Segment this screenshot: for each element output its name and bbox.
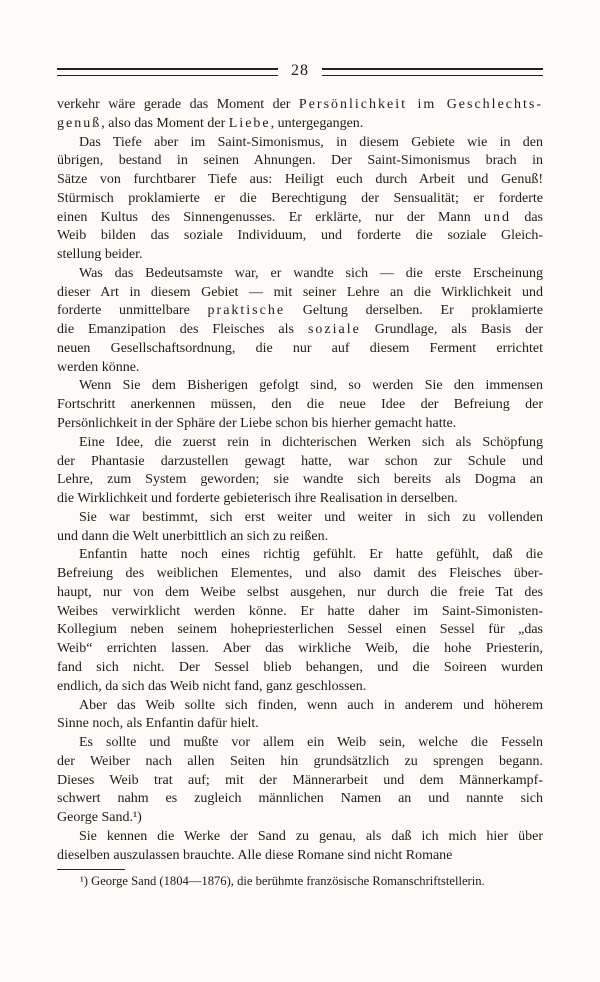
emphasized-text: praktische (208, 303, 286, 318)
text-segment: das (511, 210, 543, 225)
emphasized-text: genuß (57, 116, 101, 131)
text-segment: , also das Moment der (101, 116, 229, 131)
text-segment: Fortschritt anerkennen müssen, den die n… (57, 397, 543, 412)
text-segment: werden könne. (57, 360, 139, 375)
text-segment: Sinne noch, als Enfantin dafür hielt. (57, 716, 259, 731)
text-segment: Was das Bedeutsamste war, er wandte sich… (79, 266, 543, 281)
emphasized-text: und (484, 210, 511, 225)
text-segment: Grundlage, als Basis der (361, 322, 543, 337)
text-line: Sinne noch, als Enfantin dafür hielt. (57, 715, 543, 734)
text-line: Eine Idee, die zuerst rein in dichterisc… (57, 434, 543, 453)
text-segment: und dann die Welt unerbittlich an sich z… (57, 529, 328, 544)
text-segment: Persönlichkeit in der Sphäre der Liebe s… (57, 416, 456, 431)
text-line: einen Kultus des Sinnengenusses. Er erkl… (57, 209, 543, 228)
text-segment: der Phantasie darzustellen gewagt hatte,… (57, 454, 543, 469)
emphasized-text: Liebe (229, 116, 271, 131)
text-segment: endlich, da sich das Weib nicht fand, ga… (57, 679, 366, 694)
text-line: der Weiber nach allen Seiten hin grundsä… (57, 753, 543, 772)
text-line: Sie war bestimmt, sich erst weiter und w… (57, 509, 543, 528)
text-line: Sätze von furchtbarer Tiefe aus: Heiligt… (57, 171, 543, 190)
text-segment: fand sich nicht. Der Sessel blieb behang… (57, 660, 543, 675)
text-segment: Enfantin hatte noch eines richtig gefühl… (79, 547, 543, 562)
text-block: verkehr wäre gerade das Moment der Persö… (57, 96, 543, 865)
text-segment: haupt, nur von dem Weibe selbst ausgehen… (57, 585, 543, 600)
text-segment: neuen Gesellschaftsordnung, die nur auf … (57, 341, 543, 356)
text-segment: Das Tiefe aber im Saint-Simonismus, in d… (79, 135, 543, 150)
text-line: schwert nahm es zugleich männlichen Name… (57, 790, 543, 809)
text-line: endlich, da sich das Weib nicht fand, ga… (57, 678, 543, 697)
emphasized-text: Persönlichkeit im Geschlechts- (299, 97, 543, 112)
text-line: forderte unmittelbare praktische Geltung… (57, 302, 543, 321)
text-line: Weibes verwirklicht werden könne. Er hat… (57, 603, 543, 622)
text-line: Lehre, zum System geworden; sie wandte s… (57, 471, 543, 490)
text-segment: dieser Art in diesem Gebiet — mit seiner… (57, 285, 543, 300)
page-number: 28 (278, 62, 322, 80)
text-line: stellung beider. (57, 246, 543, 265)
text-line: Wenn Sie dem Bisherigen gefolgt sind, so… (57, 377, 543, 396)
text-segment: Es sollte und mußte vor allem ein Weib s… (79, 735, 543, 750)
text-segment: einen Kultus des Sinnengenusses. Er erkl… (57, 210, 484, 225)
header-rule-left (57, 68, 278, 76)
text-segment: Sätze von furchtbarer Tiefe aus: Heiligt… (57, 172, 543, 187)
text-segment: dieselben auszulassen brauchte. Alle die… (57, 848, 452, 863)
header-rule-right (322, 68, 543, 76)
text-line: und dann die Welt unerbittlich an sich z… (57, 528, 543, 547)
text-segment: übrigen, bestand in seinen Ahnungen. Der… (57, 153, 543, 168)
text-line: haupt, nur von dem Weibe selbst ausgehen… (57, 584, 543, 603)
text-segment: die Wirklichkeit und forderte gebieteris… (57, 491, 458, 506)
text-line: Weib“ errichten lassen. Aber das wirklic… (57, 640, 543, 659)
text-segment: Geltung derselben. Er proklamierte (285, 303, 543, 318)
footnote-text: ¹) George Sand (1804—1876), die berühmte… (57, 873, 543, 889)
text-line: Fortschritt anerkennen müssen, den die n… (57, 396, 543, 415)
page-header: 28 (57, 63, 543, 81)
text-line: die Wirklichkeit und forderte gebieteris… (57, 490, 543, 509)
text-line: dieser Art in diesem Gebiet — mit seiner… (57, 284, 543, 303)
text-segment: Kollegium neben seinem hohepriesterliche… (57, 622, 543, 637)
text-segment: stellung beider. (57, 247, 143, 262)
footnote-area: ¹) George Sand (1804—1876), die berühmte… (57, 867, 543, 889)
text-line: Persönlichkeit in der Sphäre der Liebe s… (57, 415, 543, 434)
text-line: Es sollte und mußte vor allem ein Weib s… (57, 734, 543, 753)
text-segment: Eine Idee, die zuerst rein in dichterisc… (79, 435, 543, 450)
text-segment: Aber das Weib sollte sich finden, wenn a… (79, 698, 543, 713)
text-line: Was das Bedeutsamste war, er wandte sich… (57, 265, 543, 284)
text-line: Das Tiefe aber im Saint-Simonismus, in d… (57, 134, 543, 153)
book-page: 28 verkehr wäre gerade das Moment der Pe… (0, 0, 600, 982)
text-segment: verkehr wäre gerade das Moment der (57, 97, 299, 112)
text-segment: Stürmisch proklamierte er die Berechtigu… (57, 191, 543, 206)
text-line: Weib bilden das soziale Individuum, und … (57, 227, 543, 246)
text-segment: Sie war bestimmt, sich erst weiter und w… (79, 510, 543, 525)
text-line: Aber das Weib sollte sich finden, wenn a… (57, 697, 543, 716)
text-segment: Weibes verwirklicht werden könne. Er hat… (57, 604, 543, 619)
text-line: werden könne. (57, 359, 543, 378)
text-line: Enfantin hatte noch eines richtig gefühl… (57, 546, 543, 565)
text-line: Stürmisch proklamierte er die Berechtigu… (57, 190, 543, 209)
footnote-separator (57, 869, 125, 870)
text-segment: George Sand.¹) (57, 810, 142, 825)
text-line: George Sand.¹) (57, 809, 543, 828)
text-segment: forderte unmittelbare (57, 303, 208, 318)
text-segment: , untergegangen. (271, 116, 364, 131)
text-segment: Dieses Weib trat auf; mit der Männerarbe… (57, 773, 543, 788)
text-segment: Wenn Sie dem Bisherigen gefolgt sind, so… (79, 378, 543, 393)
text-line: Befreiung des weiblichen Elementes, und … (57, 565, 543, 584)
text-line: dieselben auszulassen brauchte. Alle die… (57, 847, 543, 866)
text-segment: schwert nahm es zugleich männlichen Name… (57, 791, 543, 806)
text-segment: die Emanzipation des Fleisches als (57, 322, 308, 337)
text-line: fand sich nicht. Der Sessel blieb behang… (57, 659, 543, 678)
text-line: neuen Gesellschaftsordnung, die nur auf … (57, 340, 543, 359)
text-line: Kollegium neben seinem hohepriesterliche… (57, 621, 543, 640)
emphasized-text: soziale (308, 322, 361, 337)
text-segment: Sie kennen die Werke der Sand zu genau, … (79, 829, 543, 844)
text-segment: der Weiber nach allen Seiten hin grundsä… (57, 754, 543, 769)
text-line: übrigen, bestand in seinen Ahnungen. Der… (57, 152, 543, 171)
text-line: Dieses Weib trat auf; mit der Männerarbe… (57, 772, 543, 791)
text-segment: Weib bilden das soziale Individuum, und … (57, 228, 543, 243)
text-line: der Phantasie darzustellen gewagt hatte,… (57, 453, 543, 472)
text-segment: Befreiung des weiblichen Elementes, und … (57, 566, 543, 581)
text-line: genuß, also das Moment der Liebe, unterg… (57, 115, 543, 134)
text-segment: Weib“ errichten lassen. Aber das wirklic… (57, 641, 543, 656)
text-line: verkehr wäre gerade das Moment der Persö… (57, 96, 543, 115)
text-segment: Lehre, zum System geworden; sie wandte s… (57, 472, 543, 487)
text-line: die Emanzipation des Fleisches als sozia… (57, 321, 543, 340)
text-line: Sie kennen die Werke der Sand zu genau, … (57, 828, 543, 847)
